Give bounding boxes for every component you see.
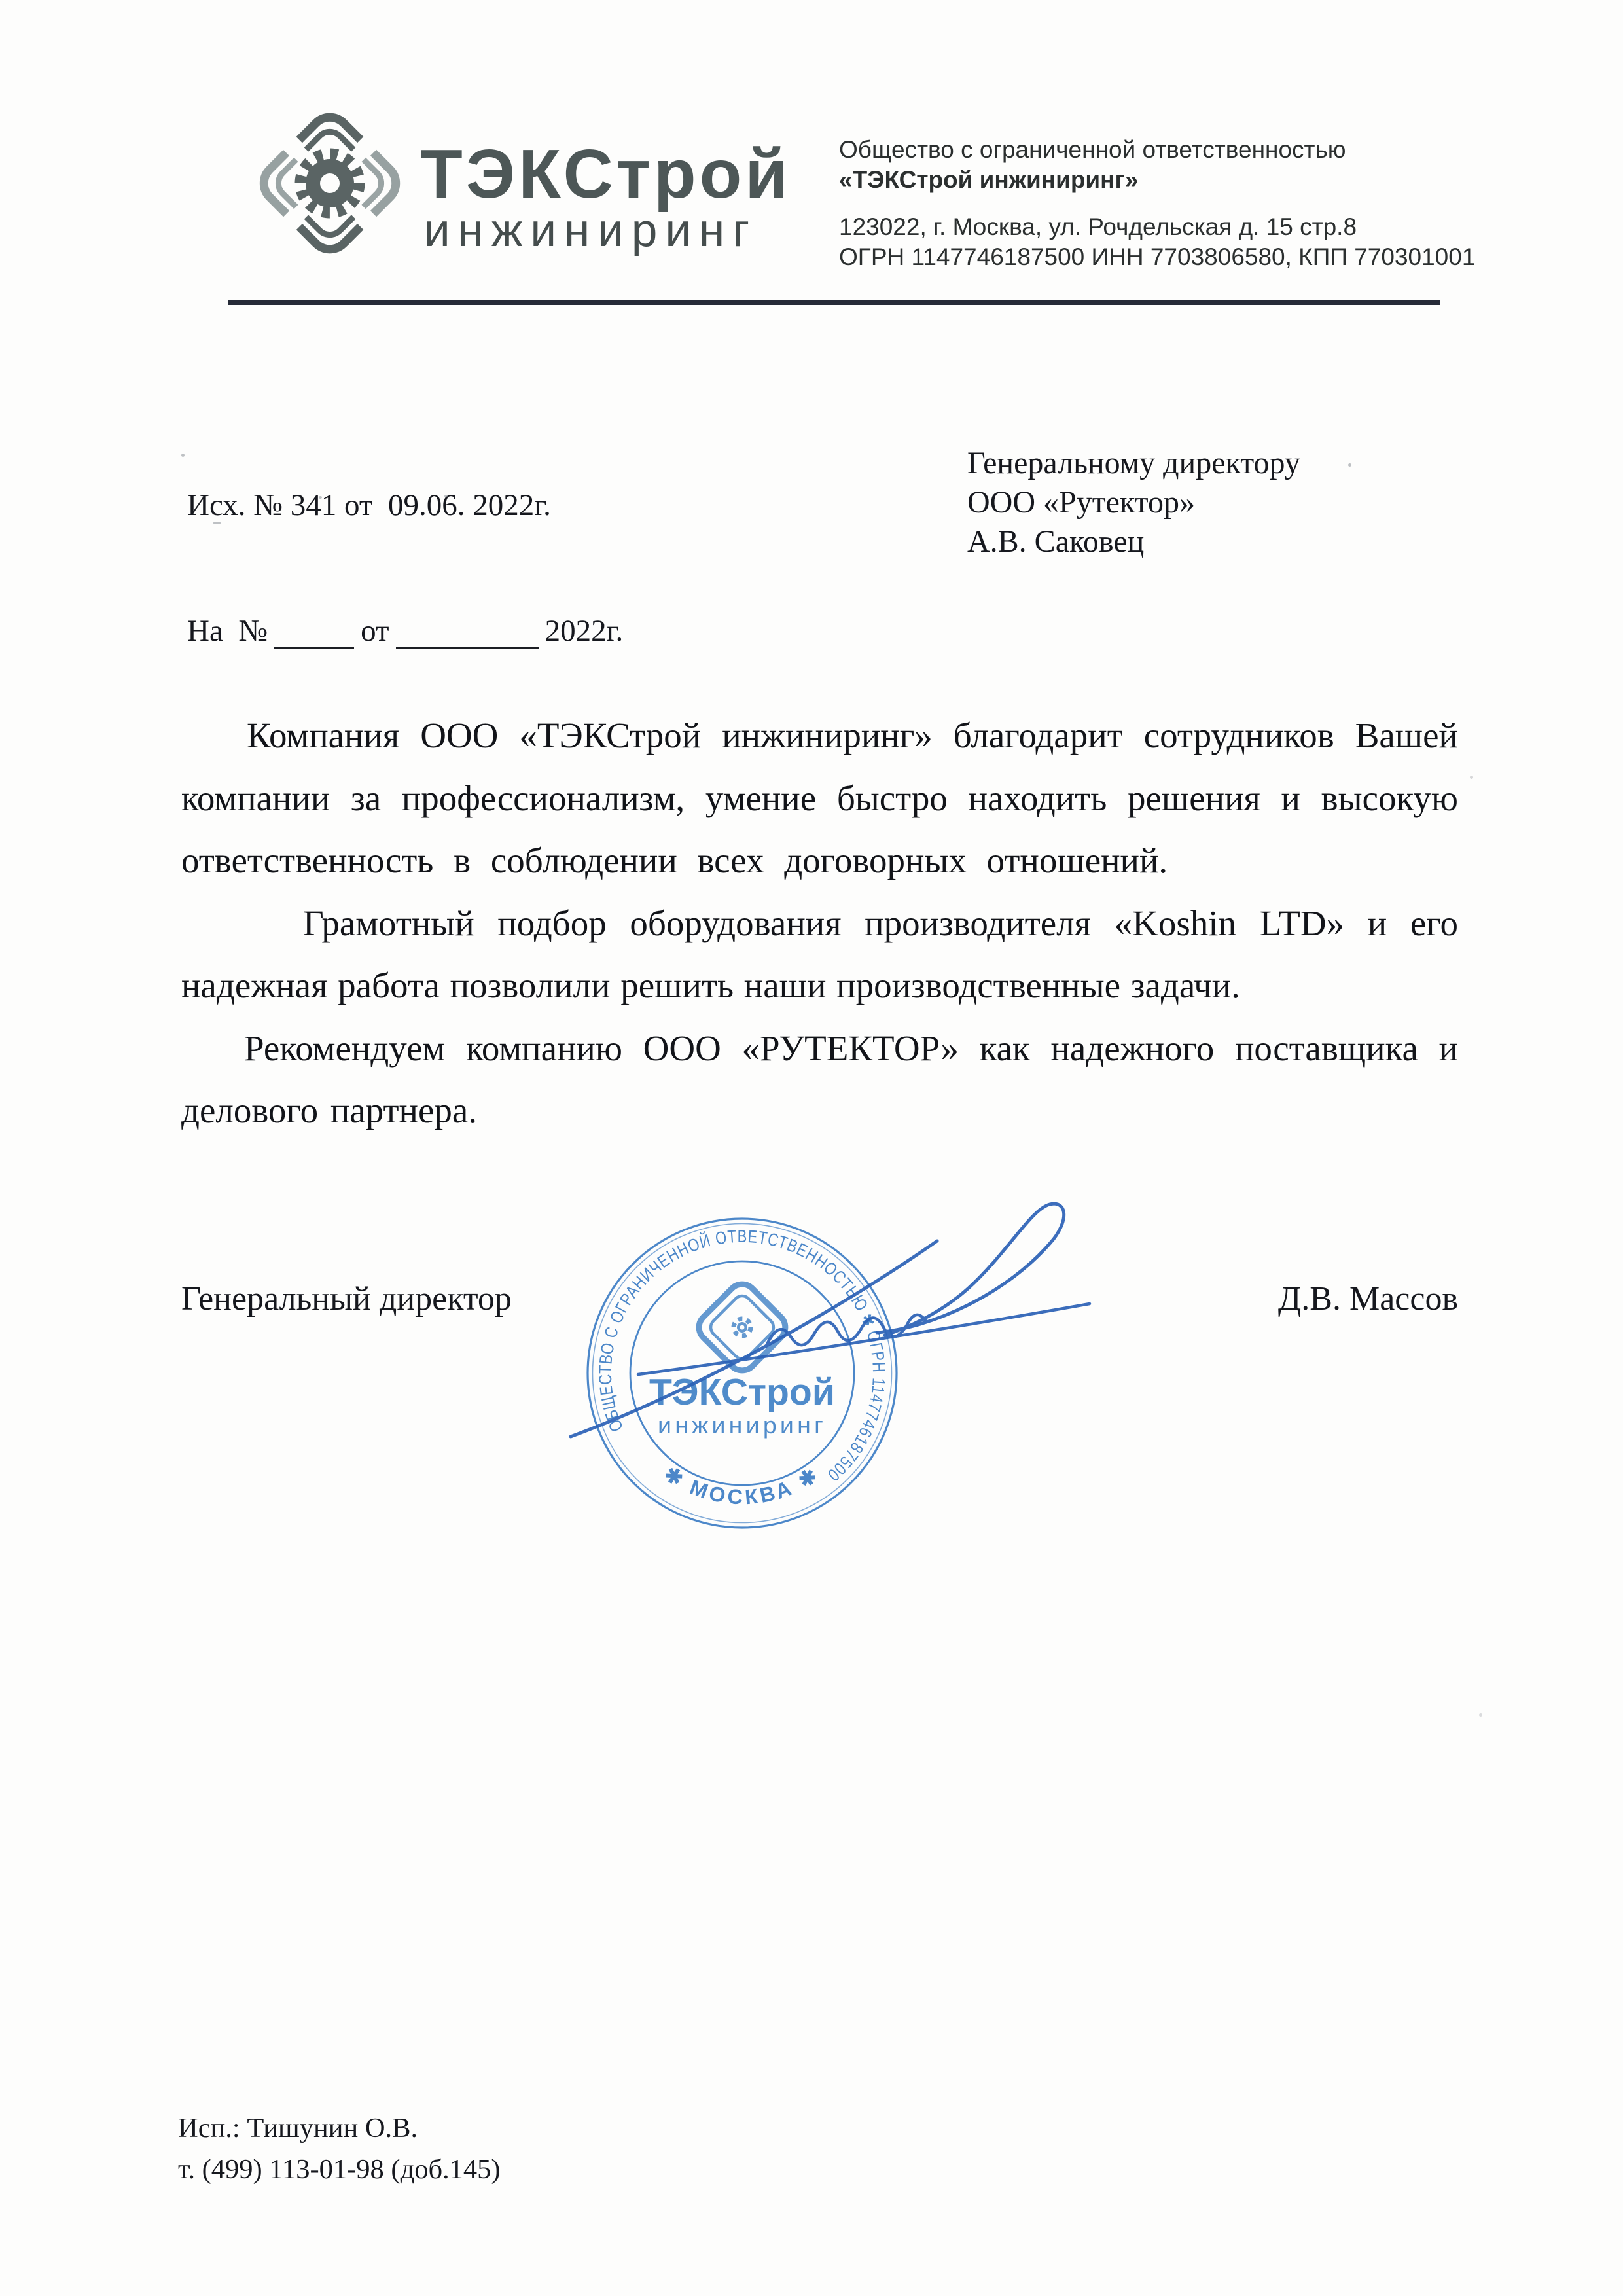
executor-phone: т. (499) 113-01-98 (доб.145) <box>178 2149 501 2190</box>
outgoing-number-line: Исх. № 341 от 09.06. 2022г. <box>187 484 623 526</box>
signature-loop-stroke <box>877 1204 1064 1335</box>
company-info-spacer <box>839 195 1475 212</box>
company-registration-numbers: ОГРН 1147746187500 ИНН 7703806580, КПП 7… <box>839 242 1475 272</box>
incoming-number-line: На №от2022г. <box>187 610 623 652</box>
scan-speck <box>1479 1713 1482 1717</box>
signer-role: Генеральный директор <box>181 1276 512 1322</box>
signature-squiggle-stroke <box>766 1315 927 1347</box>
scan-speck <box>319 496 322 499</box>
scan-speck <box>444 495 448 497</box>
company-address: 123022, г. Москва, ул. Рочдельская д. 15… <box>839 212 1475 242</box>
signature-underline-stroke <box>638 1304 1090 1374</box>
scan-speck <box>181 454 185 457</box>
company-legal-form: Общество с ограниченной ответственностью <box>839 135 1475 165</box>
letterhead-divider-rule <box>228 300 1440 305</box>
body-paragraph: Грамотный подбор оборудования производит… <box>181 892 1458 1017</box>
company-name: «ТЭКСтрой инжиниринг» <box>839 165 1475 195</box>
incoming-number-blank <box>274 647 354 649</box>
addressee-block: Генеральному директору ООО «Рутектор» А.… <box>967 444 1300 562</box>
logo-gear-icon <box>300 154 359 213</box>
incoming-prefix: На № <box>187 614 268 648</box>
executor-footer: Исп.: Тишунин О.В. т. (499) 113-01-98 (д… <box>178 2108 501 2190</box>
company-info-block: Общество с ограниченной ответственностью… <box>839 135 1475 272</box>
scan-speck <box>213 522 221 524</box>
executor-name: Исп.: Тишунин О.В. <box>178 2108 501 2149</box>
incoming-date-blank <box>396 647 539 649</box>
logo-wordmark: ТЭКСтрой <box>420 135 791 214</box>
company-logo-emblem-icon <box>245 98 415 268</box>
incoming-mid: от <box>361 614 389 648</box>
scanned-letter-page: { "letterhead": { "logo": { "brand": "ТЭ… <box>0 0 1623 2296</box>
scan-speck <box>1470 776 1473 779</box>
logo-wordmark-sub: инжиниринг <box>424 204 757 257</box>
body-paragraph: Компания ООО «ТЭКСтрой инжиниринг» благо… <box>181 704 1458 892</box>
body-paragraph: Рекомендуем компанию ООО «РУТЕКТОР» как … <box>181 1017 1458 1142</box>
handwritten-signature <box>550 1190 1126 1517</box>
addressee-company: ООО «Рутектор» <box>967 483 1300 522</box>
letter-body: Компания ООО «ТЭКСтрой инжиниринг» благо… <box>181 704 1458 1142</box>
scan-speck <box>1348 463 1351 467</box>
signer-name: Д.В. Массов <box>1278 1276 1458 1322</box>
incoming-year: 2022г. <box>545 614 624 648</box>
addressee-person: А.В. Саковец <box>967 522 1300 562</box>
reference-block: Исх. № 341 от 09.06. 2022г. На №от2022г. <box>187 401 623 694</box>
addressee-title: Генеральному директору <box>967 444 1300 483</box>
